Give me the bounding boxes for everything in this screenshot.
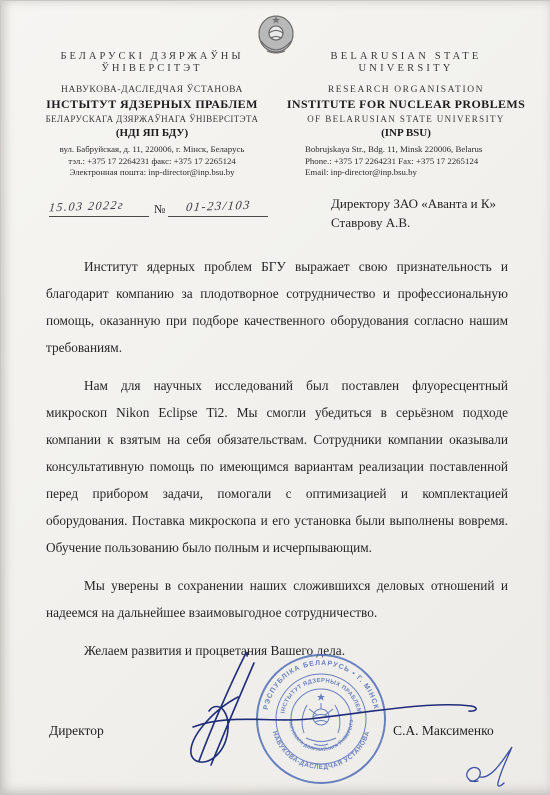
number-underline: [168, 216, 268, 217]
date-underline: [49, 216, 149, 217]
university-name-be-1: БЕЛАРУСКІ ДЗЯРЖАЎНЫ: [29, 51, 275, 63]
scanned-letter-page: БЕЛАРУСКІ ДЗЯРЖАЎНЫ ЎНІВЕРСІТЭТ НАВУКОВА…: [0, 0, 550, 795]
handwritten-date: 15.03 2022г: [48, 198, 125, 216]
institute-name-en: INSTITUTE FOR NUCLEAR PROBLEMS: [283, 97, 529, 112]
institute-of-be: БЕЛАРУСКАГА ДЗЯРЖАЎНАГА ЎНІВЕРСІТЭТА: [29, 114, 275, 124]
letterhead-english: BELARUSIAN STATE UNIVERSITY RESEARCH ORG…: [283, 51, 529, 179]
director-signature: [141, 649, 486, 784]
phone-fax-en: Phone.: +375 17 2264231 Fax: +375 17 226…: [305, 156, 529, 168]
address-en: Bobrujskaya Str., Bdg. 11, Minsk 220006,…: [305, 144, 529, 156]
university-name-en-1: BELARUSIAN STATE: [283, 51, 529, 63]
email-be: Электронная пошта: inp-director@inp.bsu.…: [29, 167, 275, 179]
letterhead-belarusian: БЕЛАРУСКІ ДЗЯРЖАЎНЫ ЎНІВЕРСІТЭТ НАВУКОВА…: [29, 51, 275, 179]
signer-title: Директор: [49, 723, 104, 739]
paragraph-microscope: Нам для научных исследований был поставл…: [46, 372, 508, 561]
address-be: вул. Бабруйская, д. 11, 220006, г. Мінск…: [29, 144, 275, 156]
handwritten-number: 01-23/103: [185, 198, 251, 215]
university-name-be-2: ЎНІВЕРСІТЭТ: [29, 63, 275, 75]
number-field: 01-23/103: [168, 197, 268, 217]
paragraph-gratitude: Институт ядерных проблем БГУ выражает св…: [46, 253, 508, 361]
institute-abbr-be: (НДІ ЯП БДУ): [29, 127, 275, 139]
institute-abbr-en: (INP BSU): [283, 127, 529, 139]
letter-body: Институт ядерных проблем БГУ выражает св…: [46, 253, 508, 675]
addressee-line2: Ставрову А.В.: [331, 213, 531, 232]
org-type-be: НАВУКОВА-ДАСЛЕДЧАЯ ЎСТАНОВА: [29, 85, 275, 95]
date-field: 15.03 2022г: [49, 197, 149, 217]
paragraph-relations: Мы уверены в сохранении наших сложившихс…: [46, 572, 508, 626]
institute-of-en: OF BELARUSIAN STATE UNIVERSITY: [283, 114, 529, 124]
contact-block-en: Bobrujskaya Str., Bdg. 11, Minsk 220006,…: [283, 144, 529, 179]
addressee-line1: Директору ЗАО «Аванта и К»: [331, 194, 531, 213]
institute-name-be: ІНСТЫТУТ ЯДЗЕРНЫХ ПРАБЛЕМ: [29, 97, 275, 112]
org-type-en: RESEARCH ORGANISATION: [283, 85, 529, 95]
addressee-block: Директору ЗАО «Аванта и К» Ставрову А.В.: [331, 194, 531, 232]
contact-block-be: вул. Бабруйская, д. 11, 220006, г. Мінск…: [29, 144, 275, 179]
university-name-en-2: UNIVERSITY: [283, 63, 529, 75]
number-sign: №: [154, 202, 165, 217]
email-en: Email: inp-director@inp.bsu.by: [305, 167, 529, 179]
phone-fax-be: тэл.: +375 17 2264231 факс: +375 17 2265…: [29, 156, 275, 168]
